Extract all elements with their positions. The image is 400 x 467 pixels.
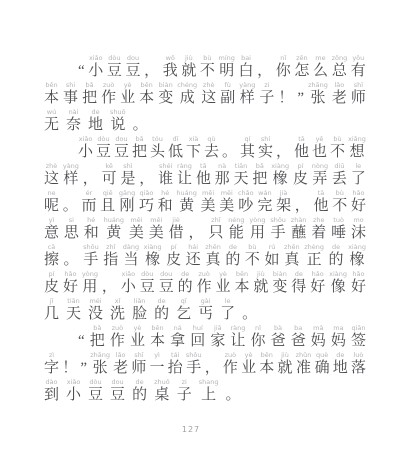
pinyin-annotation	[300, 81, 302, 89]
char-with-pinyin: měi美	[149, 216, 164, 242]
pinyin-annotation	[89, 162, 91, 170]
pinyin-annotation: měi	[130, 216, 142, 224]
hanzi-character: 得	[291, 279, 306, 296]
pinyin-annotation: jiù	[257, 270, 265, 278]
hanzi-character: 用	[82, 279, 97, 296]
pinyin-annotation	[151, 54, 153, 62]
pinyin-annotation: cā	[48, 243, 56, 251]
pinyin-annotation: nài	[69, 108, 79, 116]
char-with-pinyin: shuō说	[110, 108, 126, 134]
char-with-pinyin: dī低	[168, 135, 183, 161]
pinyin-annotation: jǐ	[50, 297, 54, 305]
hanzi-character: 好	[351, 279, 366, 296]
char-with-pinyin: yàng样	[239, 81, 255, 107]
pinyin-annotation: jiè	[172, 216, 180, 224]
pinyin-annotation: pí	[171, 243, 177, 251]
hanzi-character: 上	[201, 387, 216, 404]
hanzi-character: 总	[332, 63, 347, 80]
hanzi-character: ”	[297, 90, 304, 107]
char-with-pinyin: běn本	[44, 81, 59, 107]
hanzi-character: 子	[177, 387, 192, 404]
pinyin-annotation	[146, 162, 148, 170]
hanzi-character: 作	[101, 90, 116, 107]
pinyin-annotation: jiā	[214, 324, 222, 332]
char-with-pinyin: zhǐ只	[208, 216, 223, 242]
char-with-pinyin: zuò作	[110, 324, 125, 350]
punctuation-char: ！	[278, 81, 293, 107]
pinyin-annotation: yè	[219, 270, 227, 278]
punctuation-char: “	[78, 54, 85, 80]
hanzi-character: 的	[154, 306, 169, 323]
hanzi-character: 没	[88, 306, 103, 323]
hanzi-character: 手	[83, 252, 98, 269]
char-with-pinyin: shǒu手	[270, 216, 286, 242]
pinyin-annotation: zuò	[112, 324, 124, 332]
pinyin-annotation: zhēn	[205, 243, 221, 251]
pinyin-annotation: de	[229, 243, 237, 251]
pinyin-annotation: chéng	[177, 81, 197, 89]
hanzi-character: 那	[215, 171, 230, 188]
pinyin-annotation: biàn	[159, 81, 173, 89]
hanzi-character: 下	[186, 144, 201, 161]
pinyin-annotation: lǎo	[334, 81, 344, 89]
pinyin-annotation: bai	[241, 54, 251, 62]
hanzi-character: 落	[351, 360, 366, 377]
pinyin-annotation: xiǎo	[79, 135, 93, 143]
pinyin-annotation: shǒu	[186, 351, 202, 359]
char-with-pinyin: qiǎo巧	[139, 189, 154, 215]
hanzi-character: 着	[311, 225, 326, 242]
char-with-pinyin: de地	[333, 351, 348, 377]
pinyin-annotation: zhǐ	[211, 216, 220, 224]
pinyin-annotation: de	[295, 270, 303, 278]
pinyin-annotation: gài	[201, 297, 211, 305]
pinyin-annotation: shī	[354, 81, 363, 89]
pinyin-annotation	[139, 108, 141, 116]
pinyin-annotation: ba	[294, 324, 302, 332]
pinyin-annotation: bǎ	[135, 135, 143, 143]
hanzi-character: 豆	[107, 63, 122, 80]
pinyin-annotation: yòng	[82, 270, 98, 278]
pinyin-annotation: yě	[316, 135, 324, 143]
pinyin-annotation: běn	[45, 81, 57, 89]
hanzi-character: 好	[310, 279, 325, 296]
punctuation-char: ”	[297, 81, 304, 107]
pinyin-annotation: dòu	[141, 270, 153, 278]
pinyin-annotation: de	[336, 351, 344, 359]
char-with-pinyin: jià架	[276, 189, 291, 215]
char-with-pinyin: bù不	[330, 135, 345, 161]
char-with-pinyin: hǎo好	[310, 270, 325, 296]
hanzi-character: 头	[150, 144, 165, 161]
char-with-pinyin: nòng弄	[312, 162, 328, 188]
hanzi-character: 天	[66, 306, 81, 323]
hanzi-character: 。	[222, 144, 237, 161]
pinyin-annotation: měi	[221, 189, 233, 197]
hanzi-character: 业	[241, 360, 256, 377]
char-with-pinyin: pí皮	[166, 243, 181, 269]
pinyin-annotation: hǎo	[352, 189, 364, 197]
hanzi-character: 业	[216, 279, 231, 296]
char-with-pinyin: měi美	[129, 216, 144, 242]
char-with-pinyin: yàng样	[63, 162, 79, 188]
punctuation-char: 。	[242, 297, 257, 323]
char-with-pinyin: méi没	[88, 297, 103, 323]
text-block: “xiǎo小dòu豆dou豆 ，wǒ我jiù就bù不míng明bai白 ，nǐ你…	[44, 53, 366, 404]
hanzi-character: 爸	[271, 333, 286, 350]
punctuation-char: ，	[144, 54, 159, 80]
pinyin-annotation: nǐ	[280, 54, 286, 62]
pinyin-annotation: zhè	[46, 162, 58, 170]
pinyin-annotation: měi	[150, 216, 162, 224]
pinyin-annotation: yǒu	[352, 54, 364, 62]
char-with-pinyin: hé和	[84, 216, 99, 242]
pinyin-annotation: dòu	[108, 54, 120, 62]
char-with-pinyin: zhǔn准	[296, 351, 312, 377]
pinyin-annotation: chǎo	[238, 189, 254, 197]
pinyin-annotation: zǒng	[332, 54, 348, 62]
pinyin-annotation: shuō	[110, 108, 126, 116]
hanzi-character: 刚	[120, 198, 135, 215]
text-line: “xiǎo小dòu豆dou豆 ，wǒ我jiù就bù不míng明bai白 ，nǐ你…	[44, 53, 366, 80]
pinyin-annotation: qiān	[351, 324, 365, 332]
pinyin-annotation: dī	[173, 135, 179, 143]
pinyin-annotation: zhāng	[90, 351, 110, 359]
hanzi-character: 子	[259, 90, 274, 107]
char-with-pinyin: tóu头	[150, 135, 165, 161]
hanzi-character: ，	[139, 171, 154, 188]
char-with-pinyin: biàn变	[272, 270, 287, 296]
hanzi-character: ，	[83, 171, 98, 188]
pinyin-annotation: běn	[261, 351, 273, 359]
hanzi-character: 小	[66, 387, 81, 404]
pinyin-annotation: zì	[49, 351, 54, 359]
hanzi-character: 不	[332, 198, 347, 215]
pinyin-annotation: bù	[248, 243, 256, 251]
pinyin-annotation: nòng	[312, 162, 328, 170]
char-with-pinyin: jiù就	[181, 54, 196, 80]
pinyin-annotation: dàng	[123, 243, 139, 251]
char-with-pinyin: dào到	[44, 378, 59, 404]
char-with-pinyin: xiǎo小	[66, 378, 81, 404]
punctuation-char: ，	[205, 351, 220, 377]
char-with-pinyin: xiàng像	[329, 270, 347, 296]
char-with-pinyin: néng能	[228, 216, 244, 242]
pinyin-annotation: měi	[202, 189, 214, 197]
hanzi-character: 怎	[294, 63, 309, 80]
hanzi-character: 沫	[351, 225, 366, 242]
pinyin-annotation: tóu	[152, 135, 163, 143]
char-with-pinyin: shī师	[351, 81, 366, 107]
hanzi-character: 豆	[125, 63, 140, 80]
char-with-pinyin: měi美	[201, 189, 216, 215]
hanzi-character: 完	[257, 198, 272, 215]
char-with-pinyin: jiā家	[210, 324, 225, 350]
char-with-pinyin: de地	[88, 108, 103, 134]
char-with-pinyin: yì意	[44, 216, 59, 242]
pinyin-annotation: lǎo	[116, 351, 126, 359]
hanzi-character: 小	[121, 279, 136, 296]
char-with-pinyin: zhǐ指	[103, 243, 118, 269]
hanzi-character: 么	[313, 63, 328, 80]
char-with-pinyin: xiǎo小	[121, 270, 136, 296]
hanzi-character: 这	[201, 90, 216, 107]
pinyin-annotation	[69, 351, 71, 359]
hanzi-character: 只	[208, 225, 223, 242]
hanzi-character: 低	[168, 144, 183, 161]
hanzi-character: 豆	[140, 279, 155, 296]
char-with-pinyin: mo沫	[351, 216, 366, 242]
pinyin-annotation: zi	[182, 378, 187, 386]
pinyin-annotation: dòu	[97, 135, 109, 143]
hanzi-character: 抬	[168, 360, 183, 377]
hanzi-character: 老	[332, 90, 347, 107]
char-with-pinyin: dàng当	[123, 243, 139, 269]
char-with-pinyin: bà爸	[271, 324, 286, 350]
char-with-pinyin: zhèng正	[304, 243, 324, 269]
char-with-pinyin: huáng黄	[176, 189, 196, 215]
hanzi-character: 本	[139, 90, 154, 107]
hanzi-character: “	[78, 333, 85, 350]
hanzi-character: 的	[225, 252, 240, 269]
pinyin-annotation	[249, 297, 251, 305]
char-with-pinyin: běn本	[234, 270, 249, 296]
char-with-pinyin: hé和	[158, 189, 173, 215]
hanzi-character: ！	[278, 90, 293, 107]
hanzi-character: 字	[44, 360, 59, 377]
char-with-pinyin: bù不	[332, 189, 347, 215]
pinyin-annotation	[282, 135, 284, 143]
char-with-pinyin: bǎ把	[82, 81, 97, 107]
char-with-pinyin: diū丢	[332, 162, 347, 188]
hanzi-character: 擦	[44, 252, 59, 269]
hanzi-character: 指	[103, 252, 118, 269]
pinyin-annotation	[228, 135, 230, 143]
hanzi-character: 和	[84, 225, 99, 242]
char-with-pinyin: de的	[225, 243, 240, 269]
char-with-pinyin: tiān天	[66, 297, 81, 323]
char-with-pinyin: shi事	[63, 81, 78, 107]
hanzi-character: 橡	[145, 252, 160, 269]
pinyin-annotation: yì	[49, 216, 55, 224]
pinyin-annotation: hé	[87, 216, 95, 224]
hanzi-character: 实	[258, 144, 273, 161]
hanzi-character: 豆	[159, 279, 174, 296]
pinyin-annotation: pí	[297, 162, 303, 170]
char-with-pinyin: hǎo好	[351, 270, 366, 296]
char-with-pinyin: ne呢	[44, 189, 59, 215]
pinyin-annotation: yè	[245, 351, 253, 359]
char-with-pinyin: yè业	[120, 81, 135, 107]
hanzi-character: 就	[181, 63, 196, 80]
hanzi-character: 皮	[293, 171, 308, 188]
hanzi-character: 真	[206, 252, 221, 269]
pinyin-annotation: ràng	[177, 162, 192, 170]
hanzi-character: 想	[349, 144, 364, 161]
hanzi-character: 用	[250, 225, 265, 242]
hanzi-character: 他	[314, 198, 329, 215]
hanzi-character: “	[78, 63, 85, 80]
hanzi-character: 爸	[291, 333, 306, 350]
char-with-pinyin: chéng成	[177, 81, 197, 107]
pinyin-annotation: pí	[49, 270, 55, 278]
char-with-pinyin: luò落	[351, 351, 366, 377]
char-with-pinyin: shǒu手	[83, 243, 99, 269]
hanzi-character: 拿	[170, 333, 185, 350]
char-with-pinyin: wán完	[257, 189, 272, 215]
hanzi-character: 当	[123, 252, 138, 269]
hanzi-character: ，	[295, 198, 310, 215]
text-line: jǐ几tiān天méi没xǐ洗liǎn脸de的qǐ乞gài丐le了 。	[44, 296, 366, 323]
char-with-pinyin: qí其	[240, 135, 255, 161]
hanzi-character: 白	[239, 63, 254, 80]
hanzi-character: 豆	[96, 144, 111, 161]
pinyin-annotation: dào	[45, 378, 57, 386]
char-with-pinyin: xǐ洗	[110, 297, 125, 323]
pinyin-annotation: wú	[47, 108, 56, 116]
char-with-pinyin: zhè这	[201, 81, 216, 107]
punctuation-char: ，	[139, 162, 154, 188]
char-with-pinyin: chǎo吵	[238, 189, 254, 215]
hanzi-character: 正	[307, 252, 322, 269]
pinyin-annotation: huáng	[176, 189, 196, 197]
char-with-pinyin: qù去	[204, 135, 219, 161]
char-with-pinyin: xiǎo小	[78, 135, 93, 161]
char-with-pinyin: bǎ把	[252, 162, 267, 188]
hanzi-character: 美	[219, 198, 234, 215]
punctuation-char: 。	[225, 378, 240, 404]
hanzi-character: 去	[204, 144, 219, 161]
char-with-pinyin: pí皮	[44, 270, 59, 296]
pinyin-annotation: zi	[264, 81, 269, 89]
hanzi-character: 准	[296, 360, 311, 377]
char-with-pinyin: zěn怎	[294, 54, 309, 80]
pinyin-annotation: de	[91, 108, 99, 116]
text-line: běn本shi事bǎ把zuò作yè业běn本biàn变chéng成zhè这fù副…	[44, 80, 366, 107]
pinyin-annotation: de	[136, 378, 144, 386]
char-with-pinyin: pí皮	[293, 162, 308, 188]
hanzi-character: 皮	[44, 279, 59, 296]
pinyin-annotation: zuò	[103, 81, 115, 89]
pinyin-annotation: zhǐ	[106, 243, 115, 251]
pinyin-annotation: tā	[200, 162, 207, 170]
char-with-pinyin: yè业	[216, 270, 231, 296]
punctuation-char: ”	[80, 351, 87, 377]
pinyin-annotation: de	[332, 243, 340, 251]
pinyin-annotation: mā	[313, 324, 323, 332]
char-with-pinyin: běn本	[150, 324, 165, 350]
hanzi-character: 本	[150, 333, 165, 350]
char-with-pinyin: ràng让	[230, 324, 245, 350]
text-line: yì意si思hé和huáng黄měi美měi美jiè借 ，zhǐ只néng能yò…	[44, 215, 366, 242]
hanzi-character: 蘸	[291, 225, 306, 242]
hanzi-character: 黄	[179, 198, 194, 215]
punctuation-char: ，	[276, 135, 291, 161]
hanzi-character: 了	[351, 171, 366, 188]
pinyin-annotation: bù	[333, 135, 341, 143]
hanzi-character: 好	[63, 279, 78, 296]
pinyin-annotation: liǎn	[134, 297, 146, 305]
punctuation-char: 。	[133, 108, 148, 134]
hanzi-character: 豆	[88, 387, 103, 404]
hanzi-character: 吵	[238, 198, 253, 215]
pinyin-annotation: ràng	[230, 324, 245, 332]
hanzi-character: 让	[177, 171, 192, 188]
punctuation-char: ！	[62, 351, 77, 377]
hanzi-character: 弄	[312, 171, 327, 188]
pinyin-annotation: yì	[154, 351, 160, 359]
char-with-pinyin: tā他	[294, 135, 309, 161]
pinyin-annotation: xiàng	[144, 243, 162, 251]
hanzi-character: ，	[257, 63, 272, 80]
pinyin-annotation: méi	[89, 297, 101, 305]
hanzi-character: 。	[242, 306, 257, 323]
char-with-pinyin: běn本	[259, 351, 274, 377]
pinyin-annotation: rú	[269, 243, 276, 251]
pinyin-annotation: tā	[298, 135, 305, 143]
text-line: dào到xiǎo小dòu豆dou豆de的zhuō桌zi子shang上 。	[44, 377, 366, 404]
hanzi-character: 把	[82, 90, 97, 107]
pinyin-annotation	[285, 81, 287, 89]
pinyin-annotation: xiǎng	[348, 135, 366, 143]
hanzi-character: 借	[169, 225, 184, 242]
punctuation-char: 。	[63, 189, 78, 215]
pinyin-annotation: dou	[160, 270, 172, 278]
char-with-pinyin: zhēn真	[205, 243, 221, 269]
char-with-pinyin: de的	[154, 297, 169, 323]
pinyin-annotation: tā	[318, 189, 325, 197]
char-with-pinyin: gài丐	[198, 297, 213, 323]
pinyin-annotation: bà	[274, 324, 282, 332]
char-with-pinyin: bù不	[200, 54, 215, 80]
pinyin-annotation: zhàn	[291, 216, 307, 224]
pinyin-annotation	[70, 243, 72, 251]
char-with-pinyin: de的	[132, 378, 147, 404]
char-with-pinyin: cā擦	[44, 243, 59, 269]
pinyin-annotation: tái	[171, 351, 179, 359]
char-with-pinyin: nǐ你	[251, 324, 266, 350]
pinyin-annotation: le	[225, 297, 231, 305]
hanzi-character: ！	[62, 360, 77, 377]
char-with-pinyin: shéi谁	[158, 162, 173, 188]
char-with-pinyin: hǎo好	[351, 189, 366, 215]
hanzi-character: 样	[63, 171, 78, 188]
pinyin-annotation: bǎ	[93, 324, 101, 332]
hanzi-character: 作	[197, 279, 212, 296]
pinyin-annotation: qiǎo	[139, 189, 153, 197]
text-line: “bǎ把zuò作yè业běn本ná拿huí回jiā家ràng让nǐ你bà爸ba爸…	[44, 323, 366, 350]
pinyin-annotation: si	[69, 216, 74, 224]
pinyin-annotation: zuò	[198, 270, 210, 278]
hanzi-character: 好	[351, 198, 366, 215]
char-with-pinyin: yòng用	[82, 270, 98, 296]
pinyin-annotation: de	[158, 297, 166, 305]
pinyin-annotation: jiù	[185, 54, 193, 62]
hanzi-character: 美	[201, 198, 216, 215]
pinyin-annotation: jià	[280, 189, 288, 197]
hanzi-character: 和	[158, 198, 173, 215]
char-with-pinyin: dou豆	[159, 270, 174, 296]
char-with-pinyin: dòu豆	[107, 54, 122, 80]
char-with-pinyin: de的	[178, 270, 193, 296]
pinyin-annotation	[83, 351, 85, 359]
pinyin-annotation: dou	[115, 135, 127, 143]
char-with-pinyin: zì字	[44, 351, 59, 377]
hanzi-character: 本	[259, 360, 274, 377]
pinyin-annotation: hǎo	[64, 270, 76, 278]
char-with-pinyin: shǒu手	[186, 351, 202, 377]
pinyin-annotation: dòu	[89, 378, 101, 386]
